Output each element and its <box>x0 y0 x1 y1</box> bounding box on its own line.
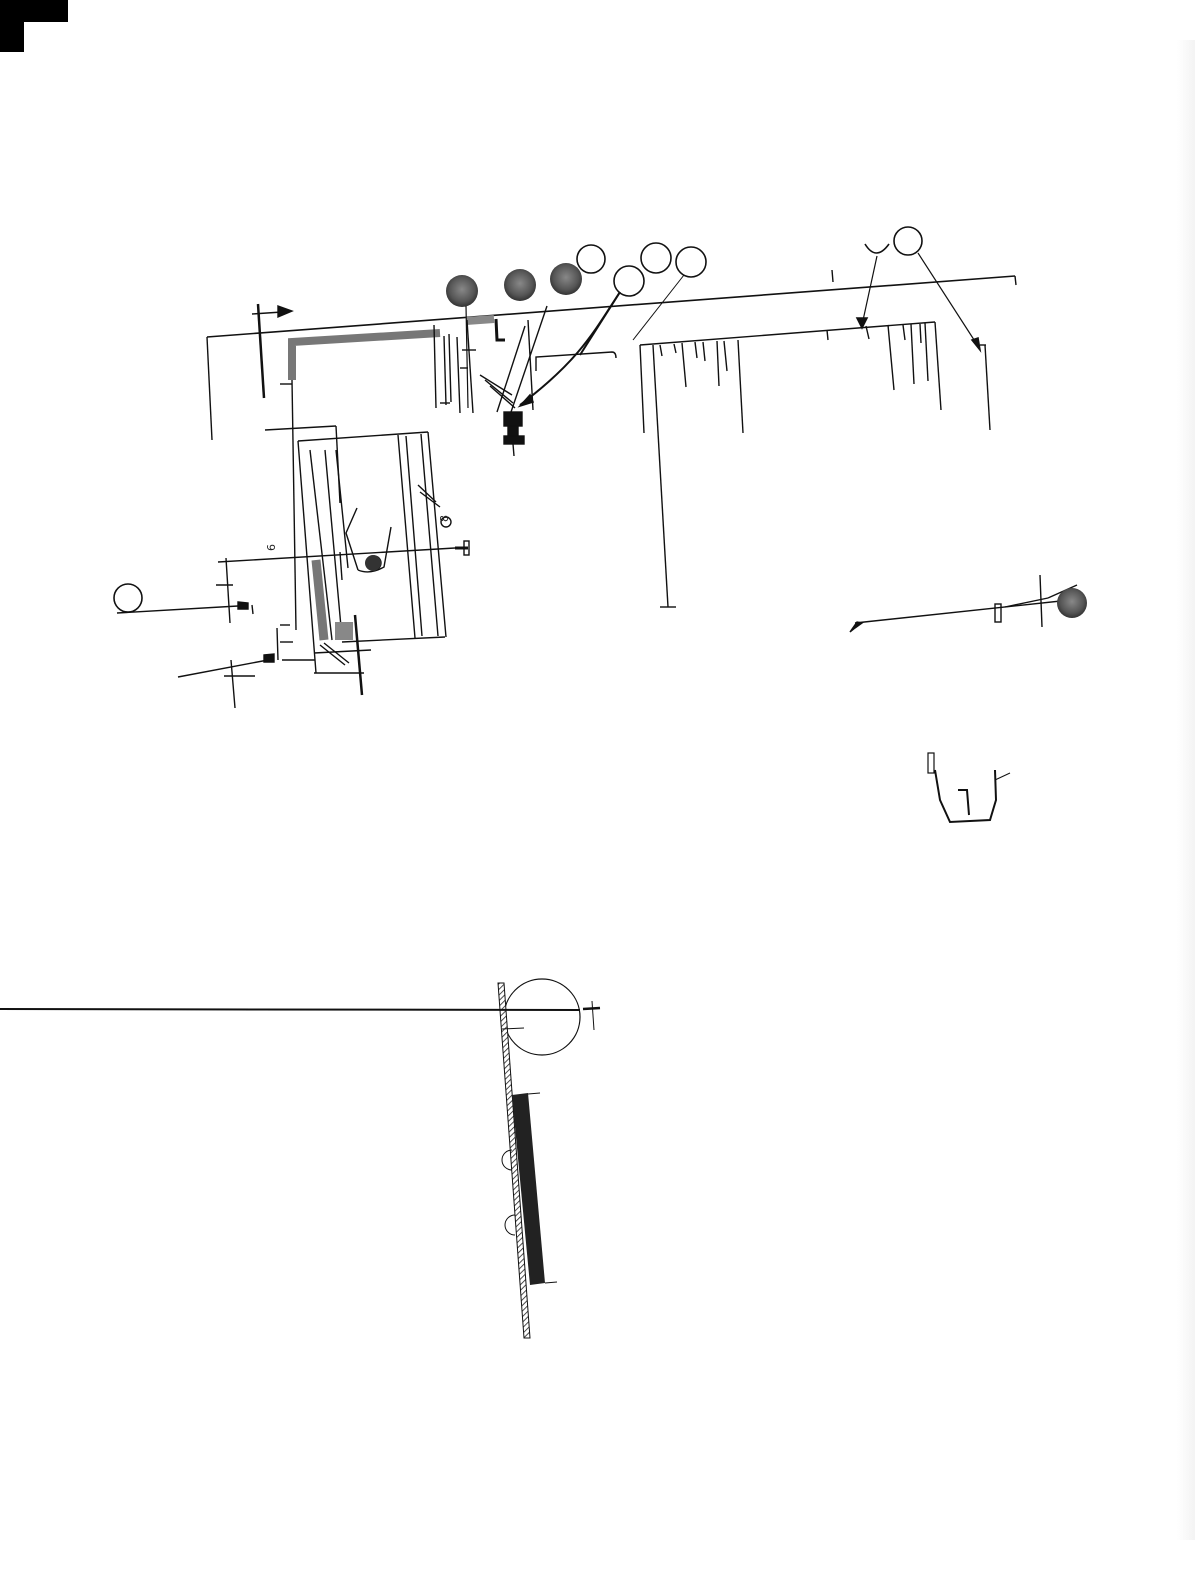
callout-balloon-open <box>676 247 706 277</box>
cup-symbol-icon <box>865 244 889 253</box>
callout-balloon-open <box>894 227 922 255</box>
dimension-labels: 6 8 <box>265 515 451 551</box>
callout-balloon-filled <box>1057 588 1087 618</box>
callout-balloon-filled <box>550 263 582 295</box>
callout-balloon-open <box>114 584 142 612</box>
dim-label-left: 6 <box>265 544 278 551</box>
callout-balloon-filled <box>504 269 536 301</box>
technical-drawing: 6 8 <box>0 0 1195 1584</box>
callout-balloon-open <box>504 979 580 1055</box>
callout-balloon-filled <box>365 555 381 571</box>
pipe-fitting-icon <box>504 412 524 456</box>
callout-balloon-open <box>614 266 644 296</box>
callout-balloon-open <box>641 243 671 273</box>
main-view <box>117 270 1077 708</box>
dim-label-right: 8 <box>438 515 451 522</box>
detail-fitting <box>928 753 1010 822</box>
callout-balloon-open <box>577 245 605 273</box>
callout-balloon-filled <box>446 275 478 307</box>
